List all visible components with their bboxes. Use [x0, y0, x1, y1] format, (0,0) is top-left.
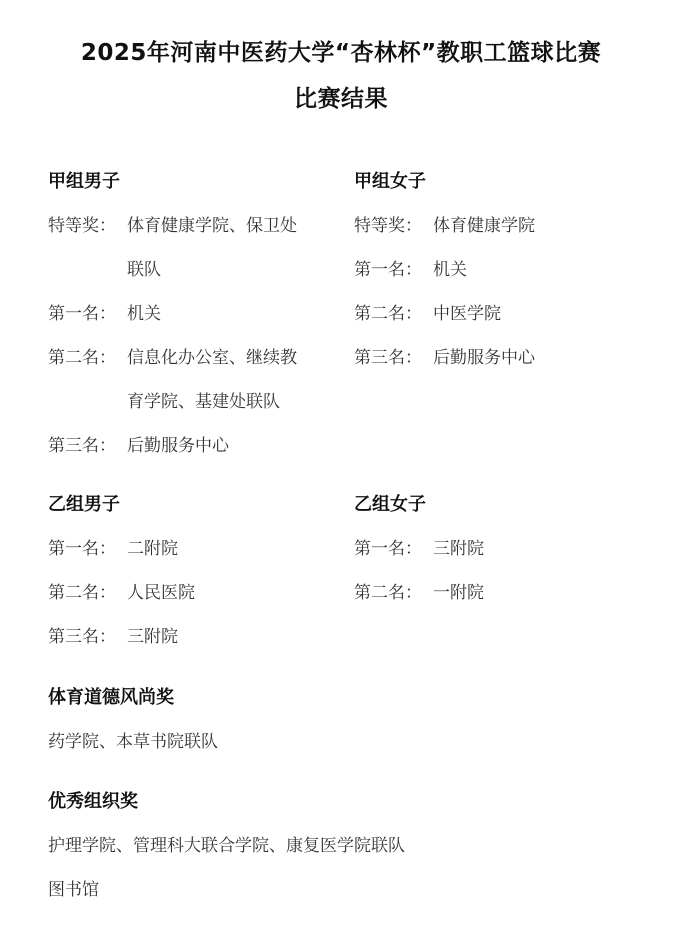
- result-row: 第二名： 一附院: [354, 571, 644, 615]
- result-label: 第三名：: [48, 424, 127, 468]
- result-label: 第二名：: [48, 571, 127, 615]
- result-value: 二附院: [127, 527, 338, 571]
- document-subtitle: 比赛结果: [0, 80, 682, 113]
- result-row: 第一名： 机关: [354, 248, 644, 292]
- section-group-a-women: 甲组女子 特等奖： 体育健康学院 第一名： 机关 第二名： 中医学院 第三名： …: [354, 160, 644, 380]
- result-value: 一附院: [433, 571, 644, 615]
- section-group-b-women: 乙组女子 第一名： 三附院 第二名： 一附院: [354, 483, 644, 615]
- section-organization-award: 优秀组织奖 护理学院、管理科大联合学院、康复医学院联队 图书馆: [48, 780, 648, 912]
- result-value: 机关: [127, 292, 338, 336]
- result-label: 第二名：: [48, 336, 127, 424]
- section-heading: 乙组女子: [354, 483, 644, 527]
- result-label: 第一名：: [48, 292, 127, 336]
- result-row: 特等奖： 体育健康学院: [354, 204, 644, 248]
- result-label: 第一名：: [48, 527, 127, 571]
- result-row: 第二名： 信息化办公室、继续教 育学院、基建处联队: [48, 336, 338, 424]
- result-value: 中医学院: [433, 292, 644, 336]
- section-heading: 乙组男子: [48, 483, 338, 527]
- section-group-a-men: 甲组男子 特等奖： 体育健康学院、保卫处 联队 第一名： 机关 第二名： 信息化…: [48, 160, 338, 468]
- result-value: 三附院: [127, 615, 338, 659]
- result-value: 后勤服务中心: [127, 424, 338, 468]
- section-heading: 优秀组织奖: [48, 780, 648, 824]
- section-heading: 甲组女子: [354, 160, 644, 204]
- result-value-line: 育学院、基建处联队: [127, 380, 338, 424]
- result-label: 特等奖：: [48, 204, 127, 292]
- result-row: 第一名： 二附院: [48, 527, 338, 571]
- result-value: 体育健康学院、保卫处 联队: [127, 204, 338, 292]
- award-recipient: 药学院、本草书院联队: [48, 720, 648, 764]
- result-value-line: 联队: [127, 248, 338, 292]
- result-label: 第三名：: [48, 615, 127, 659]
- result-row: 第二名： 人民医院: [48, 571, 338, 615]
- result-value: 人民医院: [127, 571, 338, 615]
- result-row: 第二名： 中医学院: [354, 292, 644, 336]
- result-label: 第三名：: [354, 336, 433, 380]
- award-recipient: 图书馆: [48, 868, 648, 912]
- result-value-line: 体育健康学院、保卫处: [127, 204, 338, 248]
- award-recipient: 护理学院、管理科大联合学院、康复医学院联队: [48, 824, 648, 868]
- result-row: 第三名： 后勤服务中心: [354, 336, 644, 380]
- result-label: 第一名：: [354, 527, 433, 571]
- section-heading: 甲组男子: [48, 160, 338, 204]
- section-group-b-men: 乙组男子 第一名： 二附院 第二名： 人民医院 第三名： 三附院: [48, 483, 338, 659]
- result-row: 第三名： 三附院: [48, 615, 338, 659]
- result-value: 信息化办公室、继续教 育学院、基建处联队: [127, 336, 338, 424]
- section-sportsmanship-award: 体育道德风尚奖 药学院、本草书院联队: [48, 676, 648, 764]
- result-value: 后勤服务中心: [433, 336, 644, 380]
- result-row: 特等奖： 体育健康学院、保卫处 联队: [48, 204, 338, 292]
- result-label: 第二名：: [354, 292, 433, 336]
- document-title: 2025年河南中医药大学“杏林杯”教职工篮球比赛: [0, 34, 682, 67]
- section-heading: 体育道德风尚奖: [48, 676, 648, 720]
- result-value: 机关: [433, 248, 644, 292]
- result-label: 特等奖：: [354, 204, 433, 248]
- result-value-line: 信息化办公室、继续教: [127, 336, 338, 380]
- result-label: 第一名：: [354, 248, 433, 292]
- result-row: 第一名： 三附院: [354, 527, 644, 571]
- result-value: 三附院: [433, 527, 644, 571]
- result-label: 第二名：: [354, 571, 433, 615]
- result-value: 体育健康学院: [433, 204, 644, 248]
- result-row: 第一名： 机关: [48, 292, 338, 336]
- result-row: 第三名： 后勤服务中心: [48, 424, 338, 468]
